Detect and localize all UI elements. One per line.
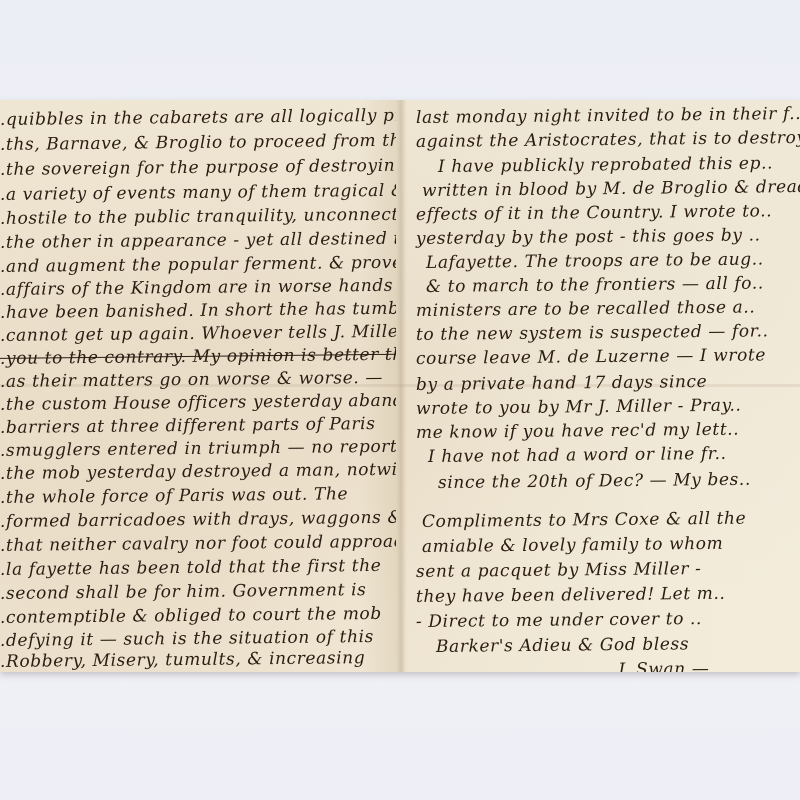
handwritten-line-struck: ..you to the contrary. My opinion is bet…	[0, 344, 396, 369]
handwritten-line: & to march to the frontiers — all fo..	[426, 273, 764, 297]
letter-sheet: ..quibbles in the cabarets are all logic…	[0, 100, 800, 672]
handwritten-line: ..ths, Barnave, & Broglio to proceed fro…	[0, 131, 396, 155]
handwritten-line: ..a variety of events many of them tragi…	[0, 181, 396, 205]
handwritten-line: I have publickly reprobated this ep..	[438, 153, 773, 177]
handwritten-line: ..have been banished. In short the has t…	[0, 298, 396, 323]
handwritten-line: ..that neither cavalry nor foot could ap…	[0, 532, 396, 556]
signature: J. Swan —	[618, 659, 710, 672]
handwritten-line: against the Aristocrates, that is to des…	[416, 128, 800, 152]
handwritten-line: ..and augment the popular ferment. & pro…	[0, 253, 396, 277]
handwritten-line: ..quibbles in the cabarets are all logic…	[0, 105, 396, 130]
handwritten-line: ..the other in appearance - yet all dest…	[0, 228, 396, 253]
handwritten-line: ..affairs of the Kingdom are in worse ha…	[0, 275, 396, 300]
handwritten-line: sent a pacquet by Miss Miller -	[416, 559, 702, 582]
handwritten-line: last monday night invited to be in their…	[416, 104, 800, 128]
handwritten-line: I have not had a word or line fr..	[428, 444, 727, 467]
handwritten-line: wrote to you by Mr J. Miller - Pray..	[416, 396, 742, 419]
handwritten-line: written in blood by M. de Broglio & drea…	[422, 177, 800, 201]
right-page: last monday night invited to be in their…	[408, 100, 800, 672]
handwritten-line: yesterday by the post - this goes by ..	[416, 225, 761, 249]
handwritten-line: course leave M. de Luzerne — I wrote	[416, 345, 766, 369]
handwritten-line: since the 20th of Dec? — My bes..	[438, 470, 751, 493]
handwritten-line: ..the whole force of Paris was out. The	[0, 484, 348, 508]
handwritten-line: ..barriers at three different parts of P…	[0, 414, 376, 438]
handwritten-line: effects of it in the Country. I wrote to…	[416, 201, 772, 225]
handwritten-line: ..the custom House officers yesterday ab…	[0, 390, 396, 415]
handwritten-line: Lafayette. The troops are to be aug..	[426, 249, 764, 273]
handwritten-line: ministers are to be recalled those a..	[416, 297, 756, 321]
handwritten-line: ..the mob yesterday destroyed a man, not…	[0, 460, 396, 484]
handwritten-line: ..hostile to the public tranquility, unc…	[0, 205, 396, 229]
handwritten-line: ..cannot get up again. Whoever tells J. …	[0, 322, 396, 346]
handwritten-line: ..Robbery, Misery, tumults, & increasing	[0, 648, 365, 672]
handwritten-line: Barker's Adieu & God bless	[436, 634, 689, 657]
handwritten-line: ..the sovereign for the purpose of destr…	[0, 156, 396, 180]
left-page: ..quibbles in the cabarets are all logic…	[0, 100, 396, 672]
handwritten-line: me know if you have rec'd my lett..	[416, 420, 739, 443]
handwritten-line: - Direct to me under cover to ..	[416, 609, 702, 632]
handwritten-line: Compliments to Mrs Coxe & all the	[422, 509, 746, 532]
handwritten-line: ..contemptible & obliged to court the mo…	[0, 604, 382, 628]
handwritten-line: ..smugglers entered in triumph — no repo…	[0, 437, 396, 461]
handwritten-line: ..as their matters go on worse & worse. …	[0, 368, 383, 392]
handwritten-line: ..defying it — such is the situation of …	[0, 627, 374, 651]
handwritten-line: amiable & lovely family to whom	[422, 534, 723, 557]
handwritten-line: ..formed barricadoes with drays, waggons…	[0, 508, 396, 532]
handwritten-line: ..la fayette has been told that the firs…	[0, 556, 382, 580]
handwritten-line: they have been delivered! Let m..	[416, 584, 726, 607]
handwritten-line: to the new system is suspected — for..	[416, 321, 769, 345]
handwritten-line: by a private hand 17 days since	[416, 372, 708, 395]
handwritten-line: ..second shall be for him. Government is	[0, 580, 367, 604]
